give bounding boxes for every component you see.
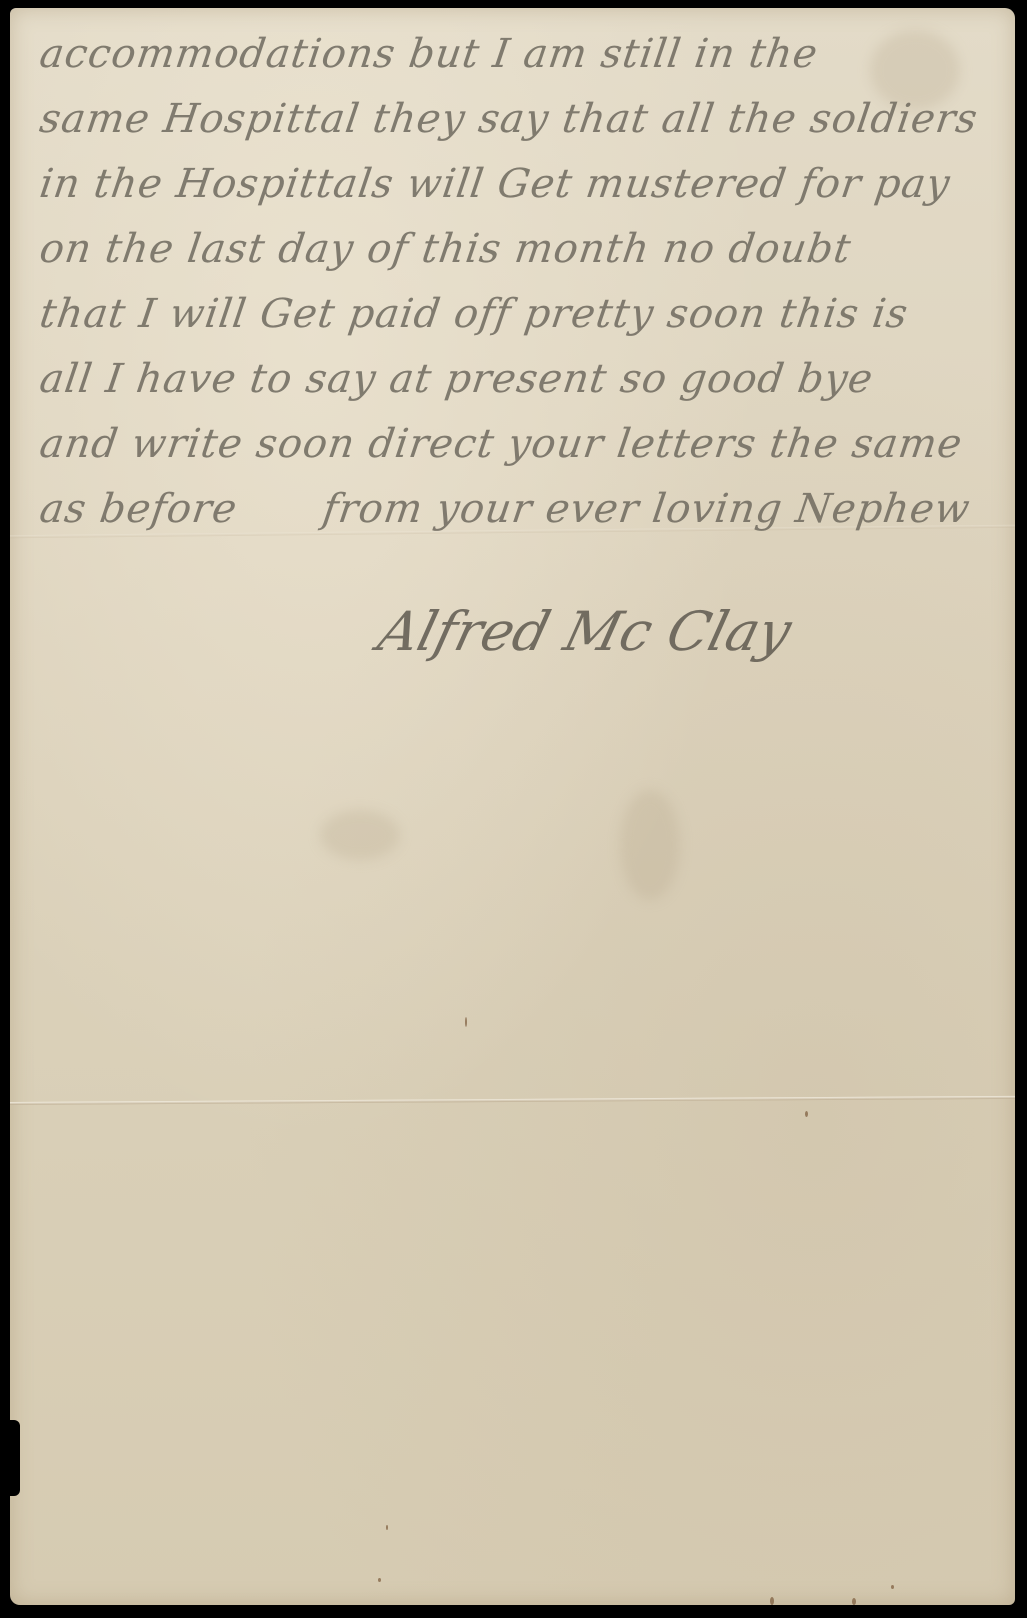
letter-body: accommodations but I am still in the sam… (40, 22, 1000, 542)
closing-valediction: from your ever loving Nephew (318, 477, 974, 542)
foxing-spot (852, 1598, 856, 1605)
letter-line: accommodations but I am still in the (35, 22, 1004, 87)
signature: Alfred Mc Clay (372, 600, 797, 663)
foxing-spot (386, 1525, 388, 1530)
letter-line: that I will Get paid off pretty soon thi… (35, 282, 1004, 347)
letter-line: same Hospittal they say that all the sol… (35, 87, 1004, 152)
closing-left: as before (35, 477, 241, 542)
ink-speck (465, 1017, 467, 1027)
torn-edge-notch (8, 1420, 20, 1496)
letter-closing: as before from your ever loving Nephew (35, 477, 1004, 542)
foxing-spot (770, 1597, 774, 1605)
foxing-spot (378, 1578, 381, 1582)
letter-line: on the last day of this month no doubt (35, 217, 1004, 282)
letter-line: in the Hospittals will Get mustered for … (35, 152, 1004, 217)
paper-crease-mark (620, 790, 680, 900)
letter-line: all I have to say at present so good bye (35, 347, 1004, 412)
ink-speck (805, 1111, 808, 1117)
paper-crease-mark (320, 810, 400, 860)
foxing-spot (891, 1585, 894, 1589)
letter-line: and write soon direct your letters the s… (35, 412, 1004, 477)
